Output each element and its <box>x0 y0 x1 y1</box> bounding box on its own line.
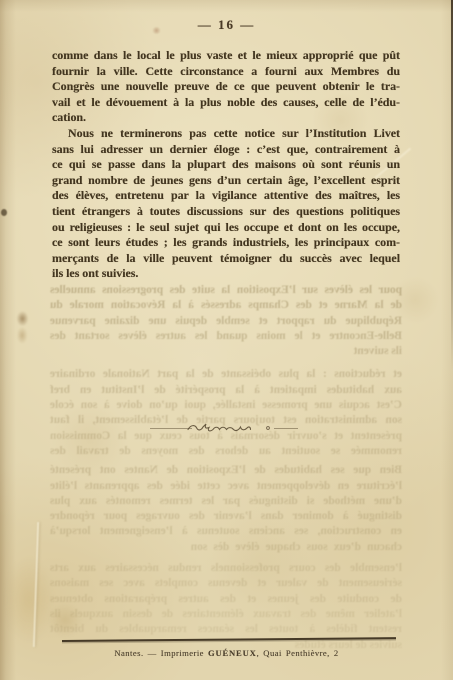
bleedthrough-line: C’est acquis une promesse installée, quo… <box>50 398 402 413</box>
text-line: cation. <box>52 110 400 126</box>
bleedthrough-line: ils suivent <box>191 344 402 359</box>
bleedthrough-line: en construction, ses anciens soutenus à … <box>50 524 402 539</box>
scanned-book-page: — 16 — comme dans le local le plus vaste… <box>0 0 453 680</box>
bleedthrough-line: Belle-Encontre et le moins quand les aut… <box>50 329 402 344</box>
bleedthrough-text: pour les élèves sur l’Exposition la suit… <box>50 283 402 653</box>
bleedthrough-line: aux habitudes impatient à la prospérité … <box>50 383 402 398</box>
bleedthrough-line: restent fidèles à toutes les séances rem… <box>50 622 402 637</box>
bleedthrough-line: et réductions : la plus obéissante de la… <box>50 367 402 382</box>
bleedthrough-line: de conduite des jeunes et des autres pré… <box>50 592 402 607</box>
bleedthrough-line: pour les élèves sur l’Exposition la suit… <box>50 283 402 298</box>
paper-crease <box>33 522 39 647</box>
bleedthrough-line: chacun d’eux sous chaque élève dès son e… <box>191 540 402 555</box>
stain <box>15 308 30 346</box>
imprint-footer: Nantes. — Imprimerie GUÉNEUX, Quai Penth… <box>0 648 453 658</box>
text-line: Nous ne terminerons pas cette notice sur… <box>52 126 400 142</box>
text-line: grand nombre de jeunes gens d’un certain… <box>52 173 400 189</box>
text-line: ce qui se passe dans la plupart des mais… <box>52 157 400 173</box>
text-line: ils les ont suivies. <box>52 266 400 282</box>
imprint-place-label: Nantes. — Imprimerie <box>114 648 208 658</box>
bleedthrough-line: sérieusement de valeur et devenus comple… <box>50 576 402 591</box>
text-line: tient étrangers à toutes discussions sur… <box>52 204 400 220</box>
bleedthrough-line: distingué à dominer dans l’avenir des ou… <box>50 509 402 524</box>
bleedthrough-line: Bien que ses habitudes de l’Exposition d… <box>50 463 402 478</box>
text-line: vail et le dévouement à la plus noble de… <box>52 95 400 111</box>
text-line: ce sont leurs études ; les grands indust… <box>52 235 400 251</box>
divider-flourish-icon <box>148 418 300 434</box>
ink-speck <box>1 209 7 216</box>
bleedthrough-line: l’ensemble des cours professionnels rend… <box>50 561 402 576</box>
bleedthrough-line: renommée se soutient au dehors des moyen… <box>50 444 402 459</box>
text-line: sans lui adresser un dernier éloge : c’e… <box>52 142 400 158</box>
bleedthrough-line: l’écriture en développement avec cette i… <box>50 479 402 494</box>
text-line: des élèves, entretenu par la vigilance a… <box>52 188 400 204</box>
stain <box>48 603 82 637</box>
bleedthrough-line: de la Marne et des Champs adressés à la … <box>50 298 402 313</box>
page-number: — 16 — <box>0 17 453 33</box>
imprint-printer-name: GUÉNEUX <box>208 648 257 658</box>
text-line: comme dans le local le plus vaste et le … <box>52 48 400 64</box>
imprint-address: , Quai Penthièvre, 2 <box>257 648 339 658</box>
text-line: merçants de la ville peuvent témoigner d… <box>52 251 400 267</box>
bleedthrough-line: République du rapport et semble depuis u… <box>50 314 402 329</box>
text-line: fournir la ville. Cette circonstance a f… <box>52 64 400 80</box>
body-text: comme dans le local le plus vaste et le … <box>52 48 400 282</box>
text-line: Congrès une nouvelle preuve de ce que pe… <box>52 79 400 95</box>
bleedthrough-line: d’une méthode si distingués par les term… <box>50 494 402 509</box>
bleedthrough-line: l’atelier même des travaux élémentaires … <box>50 607 402 622</box>
text-line: ou religieuses : le seul sujet qui les o… <box>52 220 400 236</box>
footer-rule <box>62 637 396 642</box>
